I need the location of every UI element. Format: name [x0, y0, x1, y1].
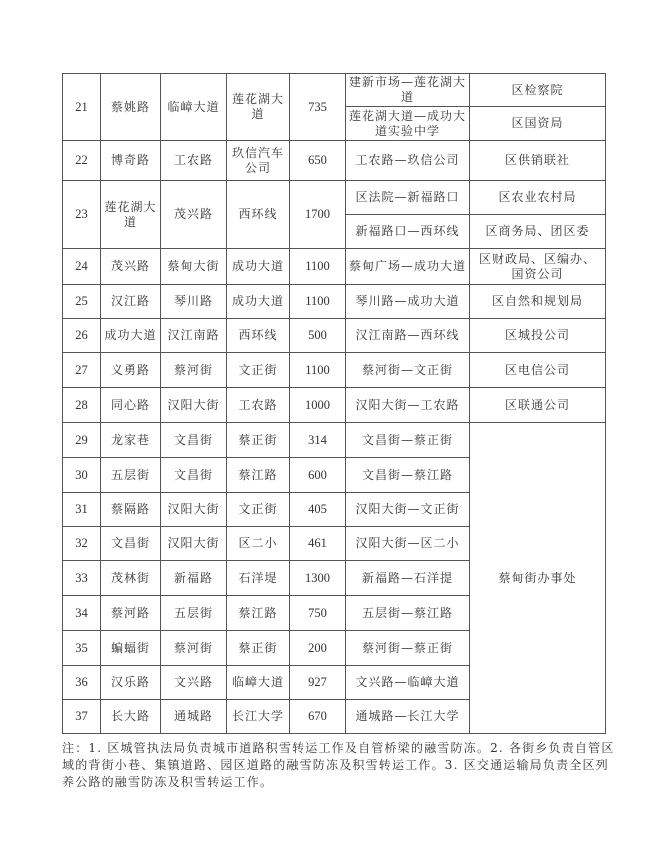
row-number: 21	[63, 74, 101, 141]
length: 650	[290, 141, 346, 181]
start-point: 蔡甸大街	[161, 249, 227, 285]
responsible-unit: 区城投公司	[470, 319, 606, 353]
start-point: 汉江南路	[161, 319, 227, 353]
snow-removal-assignment-table: 21 蔡姚路 临嶂大道 莲花湖大道 735 建新市场—莲花湖大道 区检察院 莲花…	[62, 73, 606, 734]
road-name: 五层街	[101, 458, 161, 493]
section: 蔡河街—文正街	[346, 353, 470, 388]
table-row: 25 汉江路 琴川路 成功大道 1100 琴川路—成功大道 区自然和规划局	[63, 285, 606, 319]
row-number: 32	[63, 527, 101, 561]
section: 区法院—新福路口	[346, 181, 470, 215]
length: 1700	[290, 181, 346, 249]
end-point: 成功大道	[227, 285, 290, 319]
end-point: 莲花湖大道	[227, 74, 290, 141]
start-point: 文昌街	[161, 423, 227, 458]
section: 汉阳大街—文正街	[346, 493, 470, 527]
table-row: 21 蔡姚路 临嶂大道 莲花湖大道 735 建新市场—莲花湖大道 区检察院	[63, 74, 606, 107]
start-point: 临嶂大道	[161, 74, 227, 141]
end-point: 文正街	[227, 353, 290, 388]
length: 1100	[290, 249, 346, 285]
start-point: 新福路	[161, 561, 227, 596]
section: 建新市场—莲花湖大道	[346, 74, 470, 107]
row-number: 35	[63, 631, 101, 666]
road-name: 博奇路	[101, 141, 161, 181]
end-point: 蔡正街	[227, 631, 290, 666]
road-name: 茂林街	[101, 561, 161, 596]
responsible-unit: 区商务局、团区委	[470, 215, 606, 249]
row-number: 27	[63, 353, 101, 388]
section: 通城路—长江大学	[346, 700, 470, 734]
section: 新福路—石洋提	[346, 561, 470, 596]
end-point: 文正街	[227, 493, 290, 527]
table-footnote: 注：1. 区城管执法局负责城市道路积雪转运工作及自管桥梁的融雪防冻。2. 各街乡…	[62, 740, 622, 791]
start-point: 汉阳大街	[161, 388, 227, 423]
start-point: 汉阳大街	[161, 493, 227, 527]
start-point: 文昌街	[161, 458, 227, 493]
section: 汉阳大街—区二小	[346, 527, 470, 561]
responsible-unit: 区检察院	[470, 74, 606, 107]
start-point: 通城路	[161, 700, 227, 734]
row-number: 26	[63, 319, 101, 353]
length: 735	[290, 74, 346, 141]
length: 1300	[290, 561, 346, 596]
row-number: 23	[63, 181, 101, 249]
road-name: 成功大道	[101, 319, 161, 353]
start-point: 琴川路	[161, 285, 227, 319]
road-name: 蔡河路	[101, 596, 161, 631]
section: 文昌街—蔡正街	[346, 423, 470, 458]
start-point: 汉阳大街	[161, 527, 227, 561]
responsible-unit: 区电信公司	[470, 353, 606, 388]
table-row: 28 同心路 汉阳大街 工农路 1000 汉阳大街—工农路 区联通公司	[63, 388, 606, 423]
end-point: 区二小	[227, 527, 290, 561]
responsible-unit-merged: 蔡甸街办事处	[470, 423, 606, 734]
section: 文兴路—临嶂大道	[346, 666, 470, 700]
section: 莲花湖大道—成功大道实验中学	[346, 107, 470, 141]
row-number: 29	[63, 423, 101, 458]
road-name: 汉乐路	[101, 666, 161, 700]
row-number: 28	[63, 388, 101, 423]
road-name: 义勇路	[101, 353, 161, 388]
table-row: 29 龙家巷 文昌街 蔡正街 314 文昌街—蔡正街 蔡甸街办事处	[63, 423, 606, 458]
length: 1000	[290, 388, 346, 423]
responsible-unit: 区财政局、区编办、国资公司	[470, 249, 606, 285]
end-point: 西环线	[227, 181, 290, 249]
responsible-unit: 区联通公司	[470, 388, 606, 423]
road-name: 同心路	[101, 388, 161, 423]
road-name: 长大路	[101, 700, 161, 734]
length: 405	[290, 493, 346, 527]
table-row: 27 义勇路 蔡河街 文正街 1100 蔡河街—文正街 区电信公司	[63, 353, 606, 388]
responsible-unit: 区自然和规划局	[470, 285, 606, 319]
end-point: 工农路	[227, 388, 290, 423]
row-number: 36	[63, 666, 101, 700]
length: 314	[290, 423, 346, 458]
length: 927	[290, 666, 346, 700]
row-number: 25	[63, 285, 101, 319]
row-number: 37	[63, 700, 101, 734]
section: 工农路—玖信公司	[346, 141, 470, 181]
length: 500	[290, 319, 346, 353]
table-row: 24 茂兴路 蔡甸大街 成功大道 1100 蔡甸广场—成功大道 区财政局、区编办…	[63, 249, 606, 285]
start-point: 五层街	[161, 596, 227, 631]
responsible-unit: 区国资局	[470, 107, 606, 141]
length: 600	[290, 458, 346, 493]
start-point: 蔡河街	[161, 631, 227, 666]
section: 汉江南路—西环线	[346, 319, 470, 353]
end-point: 长江大学	[227, 700, 290, 734]
row-number: 31	[63, 493, 101, 527]
road-name: 蔡姚路	[101, 74, 161, 141]
row-number: 24	[63, 249, 101, 285]
length: 1100	[290, 285, 346, 319]
road-name: 汉江路	[101, 285, 161, 319]
road-name: 文昌街	[101, 527, 161, 561]
end-point: 石洋堤	[227, 561, 290, 596]
document-page: 21 蔡姚路 临嶂大道 莲花湖大道 735 建新市场—莲花湖大道 区检察院 莲花…	[0, 0, 649, 865]
start-point: 茂兴路	[161, 181, 227, 249]
length: 1100	[290, 353, 346, 388]
section: 文昌街—蔡江路	[346, 458, 470, 493]
end-point: 蔡正街	[227, 423, 290, 458]
row-number: 34	[63, 596, 101, 631]
section: 新福路口—西环线	[346, 215, 470, 249]
end-point: 西环线	[227, 319, 290, 353]
road-name: 蝙蝠街	[101, 631, 161, 666]
length: 750	[290, 596, 346, 631]
end-point: 蔡江路	[227, 458, 290, 493]
road-name: 蔡隔路	[101, 493, 161, 527]
end-point: 蔡江路	[227, 596, 290, 631]
end-point: 玖信汽车公司	[227, 141, 290, 181]
table-row: 26 成功大道 汉江南路 西环线 500 汉江南路—西环线 区城投公司	[63, 319, 606, 353]
responsible-unit: 区供销联社	[470, 141, 606, 181]
responsible-unit: 区农业农村局	[470, 181, 606, 215]
row-number: 22	[63, 141, 101, 181]
end-point: 临嶂大道	[227, 666, 290, 700]
row-number: 33	[63, 561, 101, 596]
length: 670	[290, 700, 346, 734]
end-point: 成功大道	[227, 249, 290, 285]
start-point: 蔡河街	[161, 353, 227, 388]
start-point: 文兴路	[161, 666, 227, 700]
section: 琴川路—成功大道	[346, 285, 470, 319]
length: 200	[290, 631, 346, 666]
road-name: 茂兴路	[101, 249, 161, 285]
start-point: 工农路	[161, 141, 227, 181]
section: 蔡河街—蔡正街	[346, 631, 470, 666]
road-name: 莲花湖大道	[101, 181, 161, 249]
row-number: 30	[63, 458, 101, 493]
section: 蔡甸广场—成功大道	[346, 249, 470, 285]
table-row: 22 博奇路 工农路 玖信汽车公司 650 工农路—玖信公司 区供销联社	[63, 141, 606, 181]
section: 汉阳大街—工农路	[346, 388, 470, 423]
section: 五层街—蔡江路	[346, 596, 470, 631]
length: 461	[290, 527, 346, 561]
table-row: 23 莲花湖大道 茂兴路 西环线 1700 区法院—新福路口 区农业农村局	[63, 181, 606, 215]
road-name: 龙家巷	[101, 423, 161, 458]
